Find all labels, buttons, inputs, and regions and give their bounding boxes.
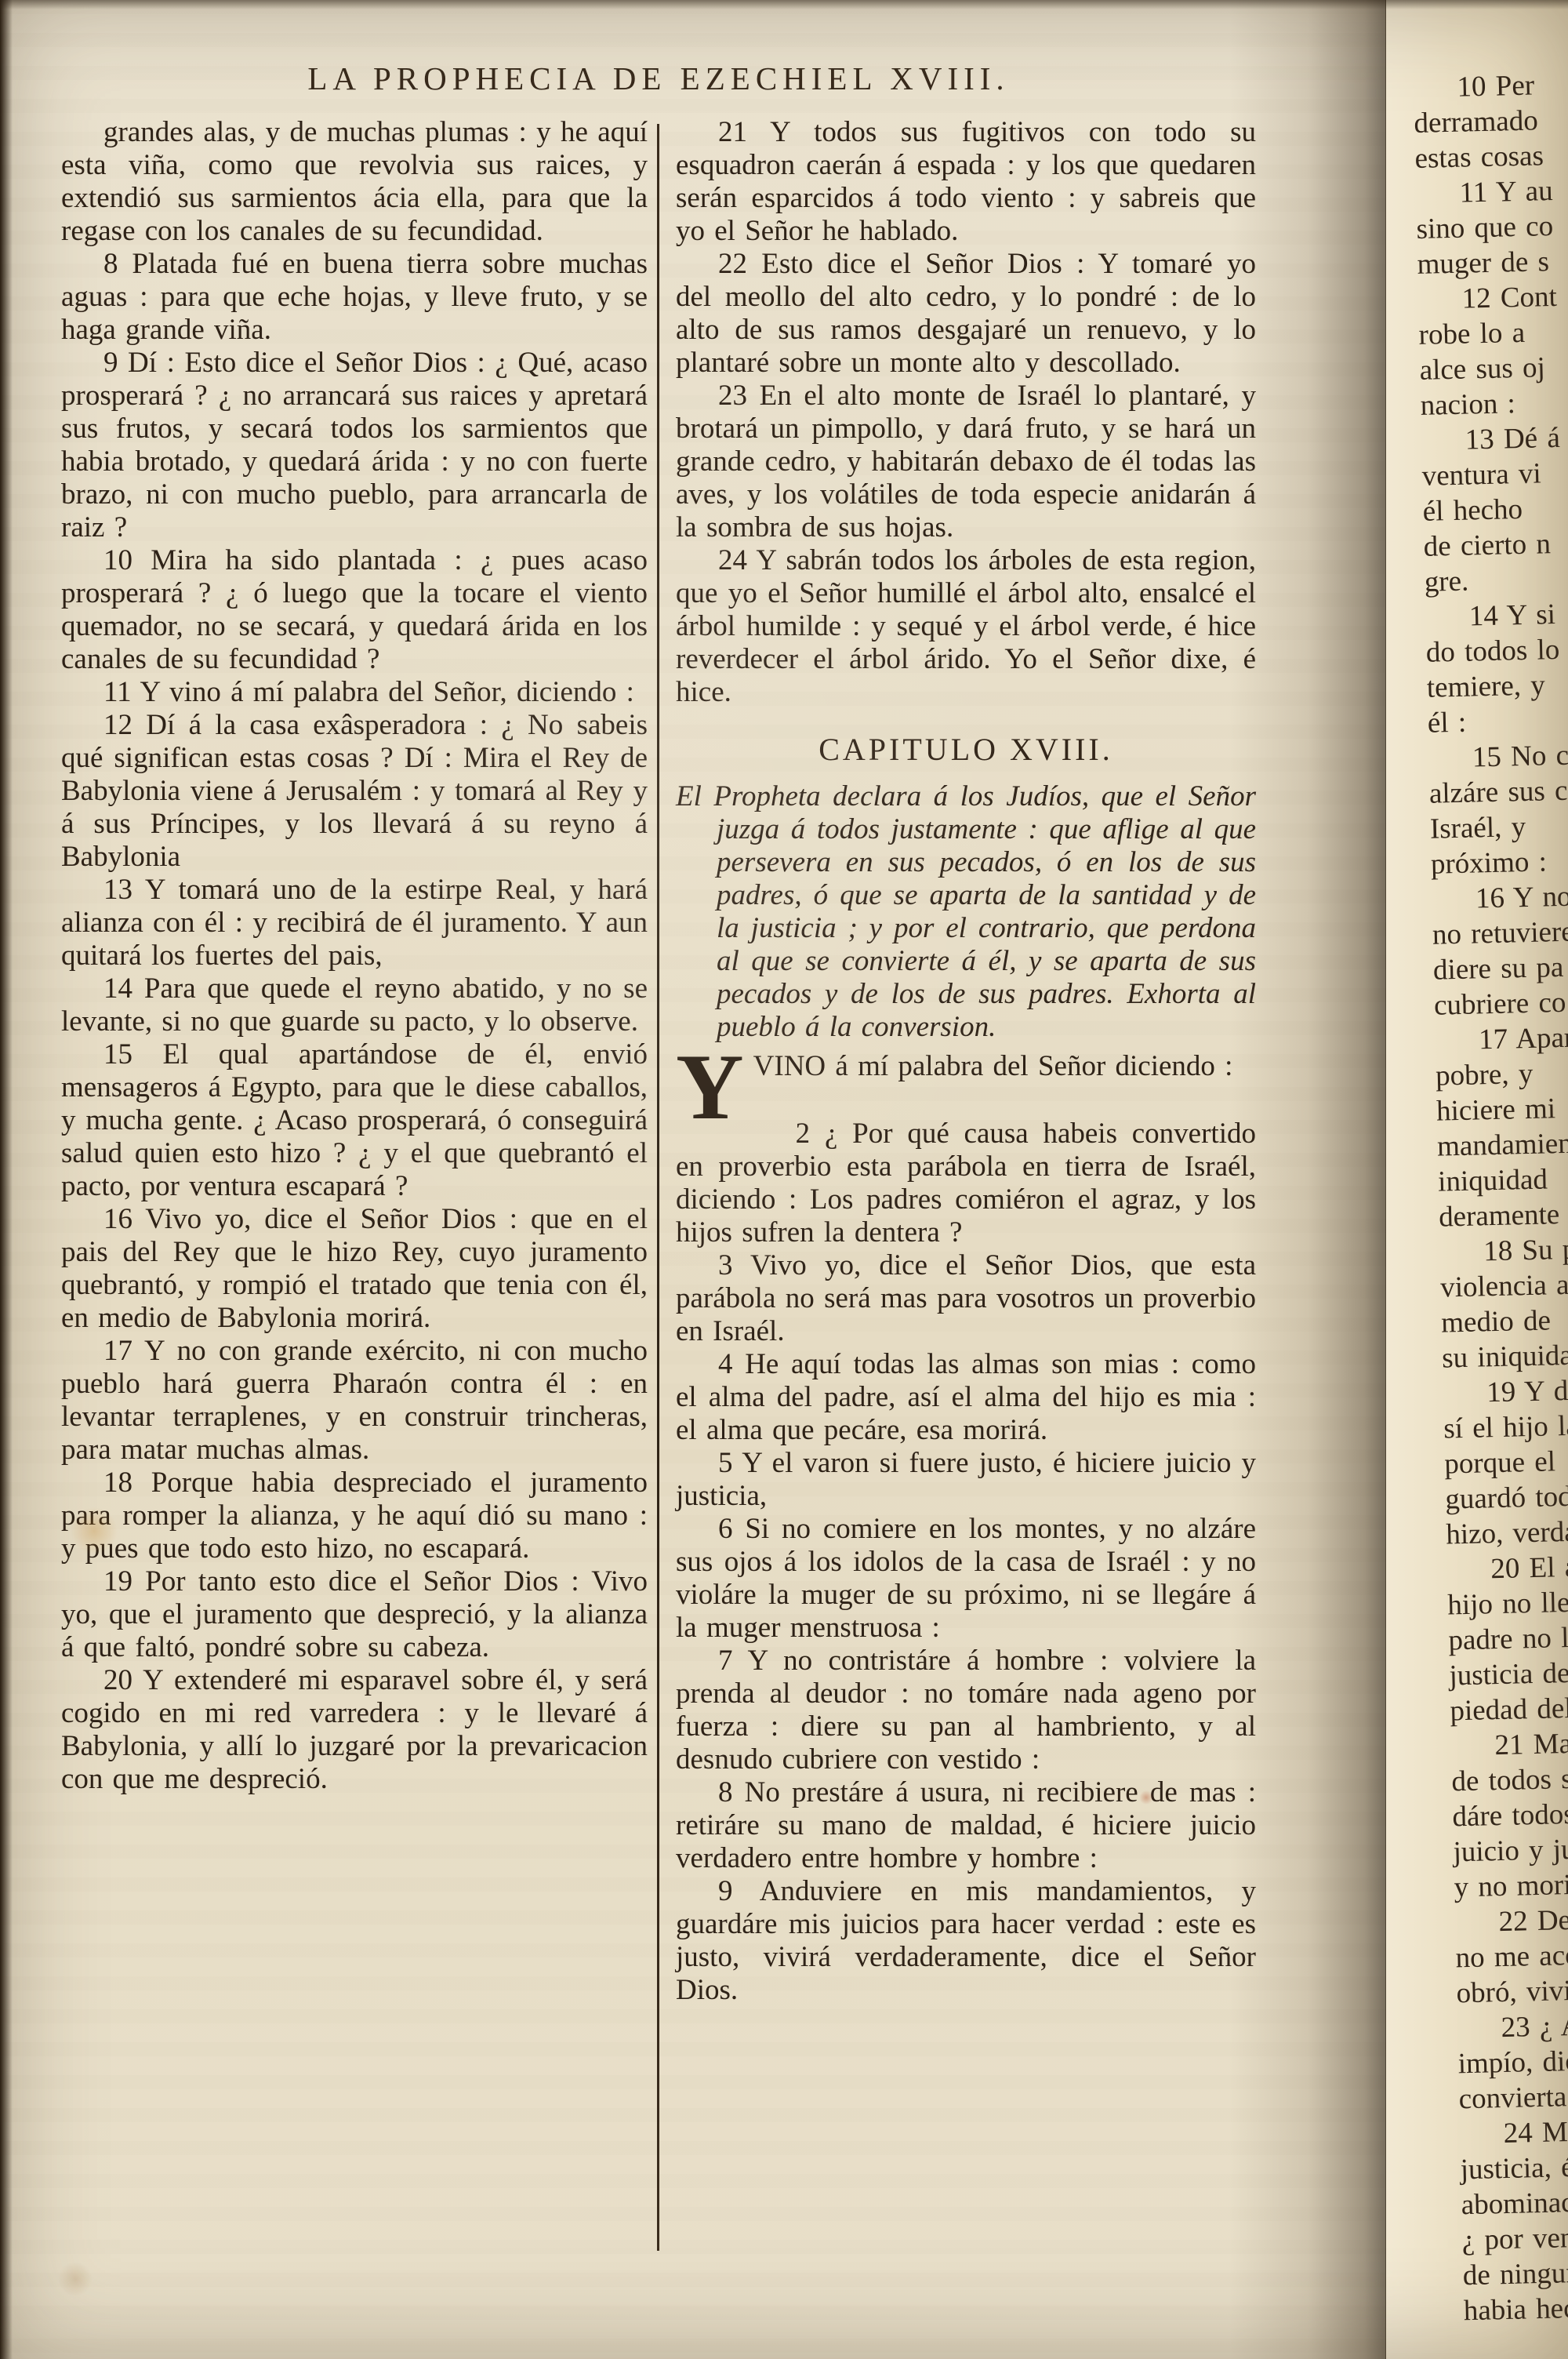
verse-paragraph: 9 Dí : Esto dice el Señor Dios : ¿ Qué, … xyxy=(61,347,648,544)
verse-paragraph: grandes alas, y de muchas plumas : y he … xyxy=(61,116,648,248)
fragment-line: 10 Per xyxy=(1413,62,1568,106)
verse-paragraph: 3 Vivo yo, dice el Señor Dios, que esta … xyxy=(676,1249,1256,1348)
verse-paragraph: 22 Esto dice el Señor Dios : Y tomaré yo… xyxy=(676,248,1256,380)
chapter-summary: El Propheta declara á los Judíos, que el… xyxy=(676,780,1256,1044)
verse-paragraph: 7 Y no contristáre á hombre : volviere l… xyxy=(676,1645,1256,1776)
verse-paragraph: 14 Para que quede el reyno abatido, y no… xyxy=(61,972,648,1038)
verse-paragraph: 17 Y no con grande exército, ni con much… xyxy=(61,1335,648,1467)
verse-paragraph: 8 No prestáre á usura, ni recibiere de m… xyxy=(676,1776,1256,1875)
verse-paragraph: 6 Si no comiere en los montes, y no alzá… xyxy=(676,1513,1256,1645)
scanned-book-page: LA PROPHECIA DE EZECHIEL XVIII. grandes … xyxy=(0,0,1568,2359)
verse-paragraph: 20 Y extenderé mi esparavel sobre él, y … xyxy=(61,1664,648,1796)
facing-page-edge: 10 Per derramado estas cosas 11 Y au sin… xyxy=(1386,0,1568,2359)
facing-page-column: 10 Per derramado estas cosas 11 Y au sin… xyxy=(1413,62,1568,2328)
verse-one-paragraph: Y VINO á mí palabra del Señor diciendo : xyxy=(676,1050,1256,1118)
verse-paragraph: 13 Y tomará uno de la estirpe Real, y ha… xyxy=(61,874,648,972)
verse-paragraph: 5 Y el varon si fuere justo, é hiciere j… xyxy=(676,1447,1256,1513)
middle-top-verses: 21 Y todos sus fugitivos con todo su esq… xyxy=(676,116,1256,709)
verse-paragraph: 18 Porque habia despreciado el juramento… xyxy=(61,1467,648,1565)
verse-paragraph: 12 Dí á la casa exâsperadora : ¿ No sabe… xyxy=(61,709,648,874)
verse-paragraph: 19 Por tanto esto dice el Señor Dios : V… xyxy=(61,1565,648,1664)
verse-paragraph: 15 El qual apartándose de él, envió mens… xyxy=(61,1038,648,1203)
chapter-heading: CAPITULO XVIII. xyxy=(676,731,1256,768)
verse-paragraph: 11 Y vino á mí palabra del Señor, dicien… xyxy=(61,676,648,709)
verse-paragraph: 23 En el alto monte de Israél lo plantar… xyxy=(676,380,1256,544)
main-page: LA PROPHECIA DE EZECHIEL XVIII. grandes … xyxy=(0,0,1386,2359)
verse-paragraph: 8 Platada fué en buena tierra sobre much… xyxy=(61,248,648,347)
column-divider-rule xyxy=(657,124,659,2251)
verse-paragraph: 24 Y sabrán todos los árboles de esta re… xyxy=(676,544,1256,709)
verse-paragraph: 9 Anduviere en mis mandamientos, y guard… xyxy=(676,1875,1256,2007)
verse-paragraph: 10 Mira ha sido plantada : ¿ pues acaso … xyxy=(61,544,648,676)
verse-paragraph: 2 ¿ Por qué causa habeis convertido en p… xyxy=(676,1118,1256,1249)
verse-one-text: VINO á mí palabra del Señor diciendo : xyxy=(753,1050,1233,1082)
drop-cap-letter: Y xyxy=(676,1050,753,1119)
column-middle: 21 Y todos sus fugitivos con todo su esq… xyxy=(676,116,1256,2007)
verse-paragraph: 16 Vivo yo, dice el Señor Dios : que en … xyxy=(61,1203,648,1335)
column-left: grandes alas, y de muchas plumas : y he … xyxy=(61,116,648,1796)
verse-paragraph: 21 Y todos sus fugitivos con todo su esq… xyxy=(676,116,1256,248)
page-title: LA PROPHECIA DE EZECHIEL XVIII. xyxy=(59,60,1258,97)
middle-bottom-verses: 2 ¿ Por qué causa habeis convertido en p… xyxy=(676,1118,1256,2007)
verse-paragraph: 4 He aquí todas las almas son mias : com… xyxy=(676,1348,1256,1447)
